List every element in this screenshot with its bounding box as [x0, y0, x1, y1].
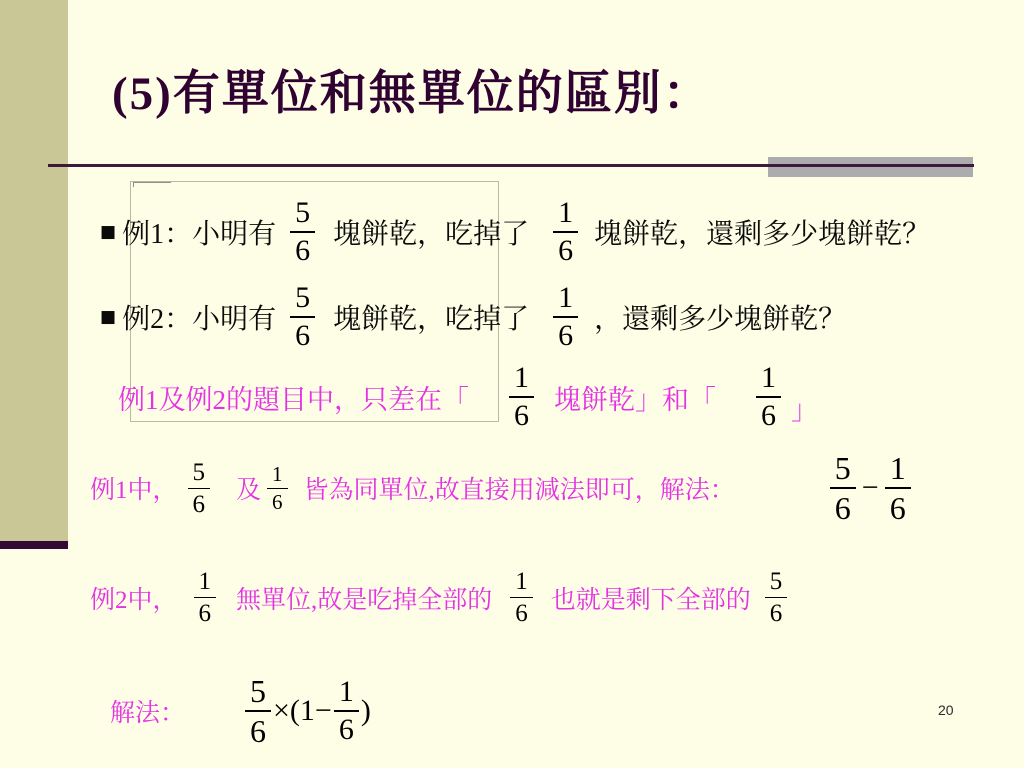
example-2-mid-text: 塊餅乾，吃掉了 — [333, 297, 529, 337]
times-open-paren-text: ×(1− — [273, 694, 332, 728]
case-1-explanation-line: 例1中， 5 6 及 1 6 皆為同單位,故直接用減法即可，解法： 5 6 − … — [90, 452, 911, 524]
bullet-square-icon: ■ — [100, 307, 116, 327]
fraction-1-6: 1 6 — [334, 677, 359, 745]
solution-label: 解法： — [110, 693, 185, 729]
example-1-line: ■ 例1：小明有 5 6 塊餅乾，吃掉了 1 6 塊餅乾，還剩多少塊餅乾？ — [100, 198, 930, 266]
fraction-1-6: 1 6 — [553, 283, 578, 351]
note-pre-text: 例1及例2的題目中，只差在「 — [118, 378, 469, 417]
fraction-1-6: 1 6 — [510, 569, 533, 626]
fraction-5-6: 5 6 — [830, 452, 856, 524]
fraction-1-6: 1 6 — [509, 363, 534, 431]
fraction-1-6: 1 6 — [885, 452, 911, 524]
page-number: 20 — [938, 702, 954, 718]
note-close-bracket: 」 — [791, 388, 818, 427]
difference-note-line: 例1及例2的題目中，只差在「 1 6 塊餅乾」和「 1 6 」 — [118, 363, 818, 431]
case-2-mid2-text: 也就是剩下全部的 — [551, 580, 751, 616]
case-2-pre-text: 例2中， — [90, 580, 178, 616]
fraction-5-6: 5 6 — [765, 569, 788, 626]
fraction-5-6: 5 6 — [290, 198, 315, 266]
fraction-5-6: 5 6 — [188, 460, 211, 517]
presentation-slide: (5)有單位和無單位的區別： ■ 例1：小明有 5 6 塊餅乾，吃掉了 1 6 … — [0, 0, 1024, 768]
example-2-line: ■ 例2：小明有 5 6 塊餅乾，吃掉了 1 6 ，還剩多少塊餅乾？ — [100, 283, 846, 351]
minus-operator: − — [862, 471, 879, 505]
placeholder-corner-mark — [133, 182, 171, 187]
multiplication-expression: 5 6 ×(1− 1 6 ) — [245, 675, 373, 747]
fraction-1-6: 1 6 — [267, 464, 288, 513]
title-accent-bar — [768, 157, 973, 177]
fraction-1-6: 1 6 — [194, 569, 217, 626]
left-sidebar-band — [0, 0, 68, 549]
example-2-post-text: ，還剩多少塊餅乾？ — [594, 297, 846, 337]
case-1-post-text: 皆為同單位,故直接用減法即可，解法： — [304, 470, 735, 506]
fraction-1-6: 1 6 — [553, 198, 578, 266]
example-1-pre-text: 例1：小明有 — [122, 212, 276, 252]
case-2-mid1-text: 無單位,故是吃掉全部的 — [236, 580, 492, 616]
fraction-5-6: 5 6 — [290, 283, 315, 351]
example-1-mid-text: 塊餅乾，吃掉了 — [333, 212, 529, 252]
case-2-explanation-line: 例2中， 1 6 無單位,故是吃掉全部的 1 6 也就是剩下全部的 5 6 — [90, 569, 787, 626]
case-1-and-text: 及 — [236, 470, 261, 506]
bullet-square-icon: ■ — [100, 222, 116, 242]
case-1-pre-text: 例1中， — [90, 470, 178, 506]
fraction-1-6: 1 6 — [756, 363, 781, 431]
title-underline-rule — [48, 164, 974, 167]
subtraction-expression: 5 6 − 1 6 — [830, 452, 911, 524]
example-1-post-text: 塊餅乾，還剩多少塊餅乾？ — [594, 212, 930, 252]
example-2-pre-text: 例2：小明有 — [122, 297, 276, 337]
sidebar-bottom-rule — [0, 541, 68, 549]
close-paren-text: ) — [361, 694, 371, 728]
solution-line: 解法： 5 6 ×(1− 1 6 ) — [110, 675, 373, 747]
fraction-5-6: 5 6 — [245, 675, 271, 747]
note-mid-text: 塊餅乾」和「 — [554, 378, 716, 417]
slide-title: (5)有單位和無單位的區別： — [112, 56, 992, 123]
